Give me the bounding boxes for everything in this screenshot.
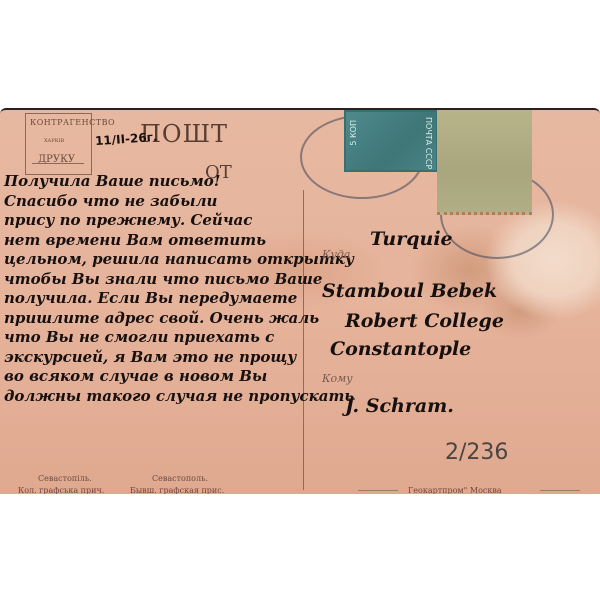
label-to-whom: Кому	[322, 372, 353, 385]
message-line: Получила Ваше письмо!	[4, 172, 354, 192]
stamp-denomination: 5 КОП	[349, 120, 358, 146]
book-icon	[32, 163, 84, 172]
message-line: пришлите адрес свой. Очень жаль	[4, 309, 354, 329]
message-line: что Вы не смогли приехать с	[4, 328, 354, 348]
caption-rule	[540, 490, 580, 491]
message-line: во всяком случае в новом Вы	[4, 367, 354, 387]
caption-left-top: Севастопіль.	[38, 474, 92, 483]
caption-left-bottom: Кол. графська прич.	[18, 486, 104, 494]
stamp-country: ПОЧТА СССР	[424, 117, 433, 169]
message-line: должны такого случая не пропускать	[4, 387, 354, 407]
caption-right: Геокартпром" Москва	[408, 486, 502, 494]
message-line: получила. Если Вы передумаете	[4, 289, 354, 309]
archive-number: 2/236	[445, 440, 508, 465]
message-line: экскурсией, я Вам это не прощу	[4, 348, 354, 368]
address-line: Turquie	[370, 228, 453, 250]
address-line: J. Schram.	[345, 395, 454, 417]
handwritten-message: Получила Ваше письмо! Спасибо что не заб…	[4, 172, 354, 406]
caption-rule	[358, 490, 398, 491]
message-line: прису по прежнему. Сейчас	[4, 211, 354, 231]
message-line: нет времени Вам ответить	[4, 231, 354, 251]
message-line: Спасибо что не забыли	[4, 192, 354, 212]
publisher-logo: КОНТРАГЕНСТВО ХАРКІВ ДРУКУ	[25, 113, 92, 175]
caption-mid-top: Севастополь.	[152, 474, 208, 483]
stamp-blue: 5 КОП ПОЧТА СССР	[344, 110, 438, 172]
label-to-where: Куда	[322, 248, 350, 261]
stamp-green	[437, 110, 532, 215]
message-line: цельном, решила написать открытку	[4, 250, 354, 270]
logo-city: ХАРКІВ	[44, 138, 64, 144]
logo-arc-text: КОНТРАГЕНСТВО	[30, 118, 115, 127]
address-line: Constantople	[330, 338, 471, 360]
address-line: Robert College	[345, 310, 504, 332]
address-line: Stamboul Bebek	[322, 280, 497, 302]
caption-mid-bottom: Бывш. графская прис.	[130, 486, 224, 494]
postcard: КОНТРАГЕНСТВО ХАРКІВ ДРУКУ ПОШТ ОТ 11/II…	[0, 108, 600, 494]
message-line: чтобы Вы знали что письмо Ваше	[4, 270, 354, 290]
